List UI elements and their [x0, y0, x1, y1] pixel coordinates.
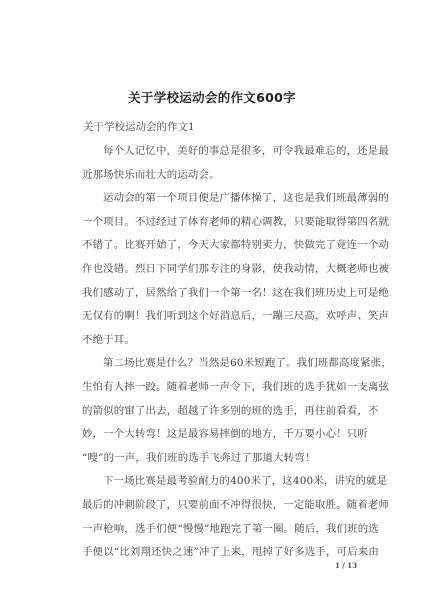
text-line: 妙，一个大转弯！这是最容易摔倒的地方，千万要小心！只听: [82, 423, 344, 447]
text-line: “嗖”的一声，我们班的选手飞奔过了那道大转弯！: [82, 447, 344, 471]
document-page: 关于学校运动会的作文600字 关于学校运动会的作文1 每个人记忆中，美好的事总是…: [0, 0, 424, 600]
text-line: 运动会的第一个项目便是广播体操了，这也是我们班最薄弱的: [82, 187, 344, 211]
essay-subtitle: 关于学校运动会的作文1: [83, 119, 195, 134]
text-line: 生怕有人摔一跤。随着老师一声令下，我们班的选手犹如一支离弦: [82, 376, 344, 400]
text-line: 作也没错。烈日下同学们那专注的身影，使我动情，大概老师也被: [82, 258, 344, 282]
text-line: 我们感动了，居然给了我们一个第一名！这在我们班历史上可是绝: [82, 282, 344, 306]
text-line: 每个人记忆中，美好的事总是很多，可令我最难忘的，还是最: [82, 140, 344, 164]
text-line: 下一场比赛是最考验耐力的400米了，这400米，讲究的就是: [82, 470, 344, 494]
text-line: 一声枪响，选手们便“慢慢”地跑完了第一圈。随后，我们班的选: [82, 518, 344, 542]
text-line: 最后的冲刺阶段了，只要前面不冲得很快，一定能取胜。随着老师: [82, 494, 344, 518]
text-line: 第二场比赛是什么？当然是60米短跑了。我们班都高度紧张，: [82, 352, 344, 376]
text-line: 不错了。比赛开始了，今天大家都特别卖力，快做完了竟连一个动: [82, 234, 344, 258]
text-line: 一个项目。不过经过了体育老师的精心调教，只要能取得第四名就: [82, 211, 344, 235]
text-line: 无仅有的啊！我们听到这个好消息后，一蹦三尺高，欢呼声、笑声: [82, 305, 344, 329]
essay-body: 每个人记忆中，美好的事总是很多，可令我最难忘的，还是最 近那场快乐而壮大的运动会…: [82, 140, 344, 565]
page-number: 1 / 13: [335, 561, 357, 570]
text-line: 不绝于耳。: [82, 329, 344, 353]
text-line: 的箭似的窜了出去，超越了许多别的班的选手，再往前看看，不: [82, 400, 344, 424]
text-line: 手便以“比刘翔还快之速”冲了上来，甩掉了好多选手，可后来由: [82, 541, 344, 565]
text-line: 近那场快乐而壮大的运动会。: [82, 164, 344, 188]
document-title: 关于学校运动会的作文600字: [0, 88, 424, 106]
